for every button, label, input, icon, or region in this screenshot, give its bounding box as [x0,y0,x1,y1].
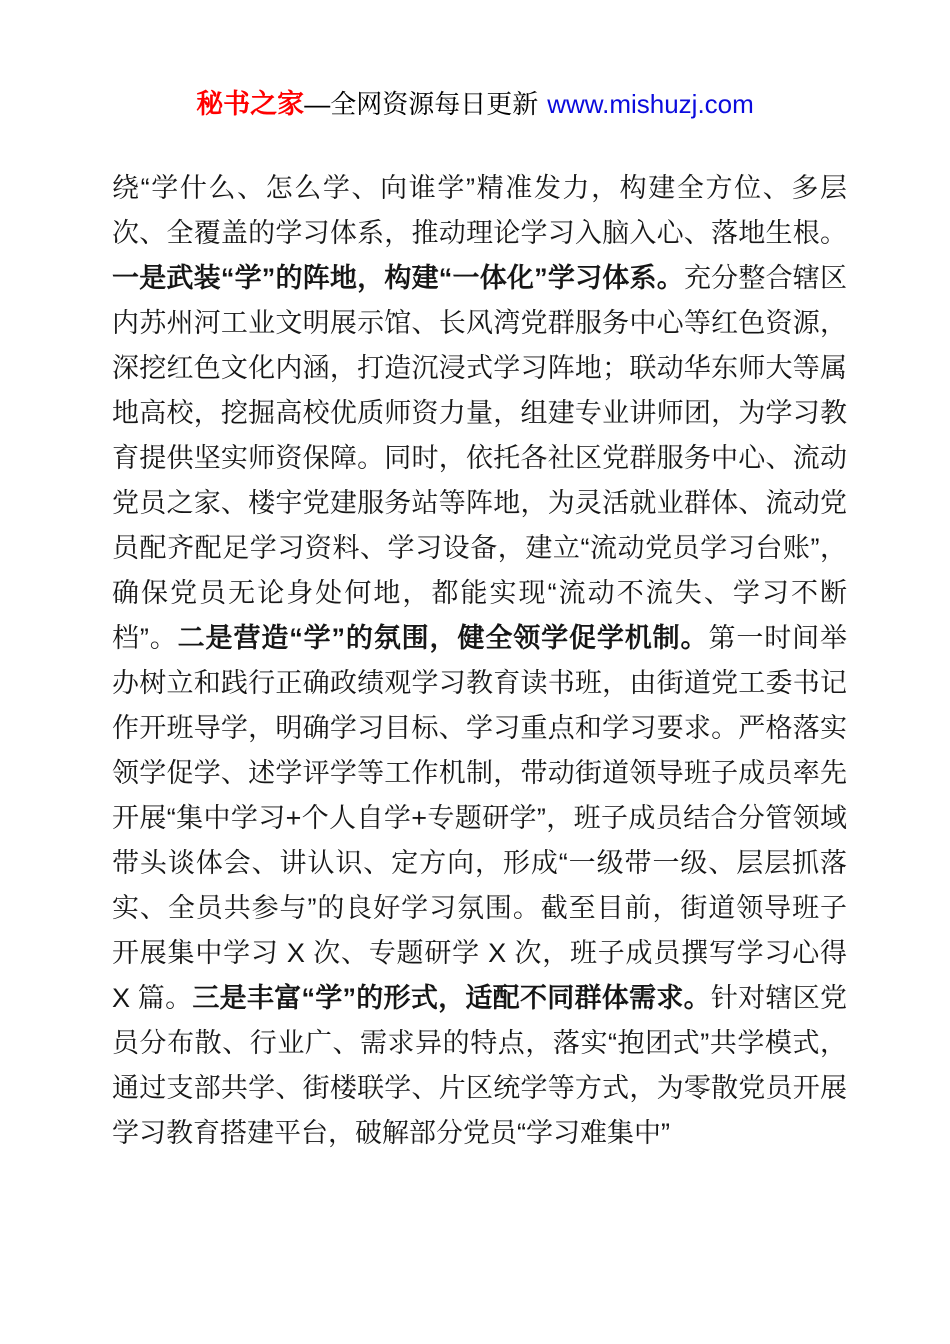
header-separator: — [304,89,330,119]
section-heading-three: 三是丰富“学”的形式，适配不同群体需求。 [192,983,711,1013]
body-run: 第一时间举办树立和践行正确政绩观学习教育读书班，由街道党工委书记作开班导学，明确… [112,623,847,1013]
document-body: 绕“学什么、怎么学、向谁学”精准发力，构建全方位、多层次、全覆盖的学习体系，推动… [112,166,847,1156]
site-url: www.mishuzj.com [547,89,754,119]
body-run: 充分整合辖区内苏州河工业文明展示馆、长风湾党群服务中心等红色资源，深挖红色文化内… [112,263,847,653]
section-heading-one: 一是武装“学”的阵地，构建“一体化”学习体系。 [112,263,684,293]
section-heading-two: 二是营造“学”的氛围，健全领学促学机制。 [178,623,709,653]
site-tagline: 全网资源每日更新 [330,89,538,119]
body-run: 绕“学什么、怎么学、向谁学”精准发力，构建全方位、多层次、全覆盖的学习体系，推动… [112,173,847,248]
document-page: 秘书之家—全网资源每日更新www.mishuzj.com 绕“学什么、怎么学、向… [0,0,950,1344]
paragraph: 绕“学什么、怎么学、向谁学”精准发力，构建全方位、多层次、全覆盖的学习体系，推动… [112,166,847,1156]
site-brand: 秘书之家 [196,89,304,119]
site-header: 秘书之家—全网资源每日更新www.mishuzj.com [0,0,950,122]
